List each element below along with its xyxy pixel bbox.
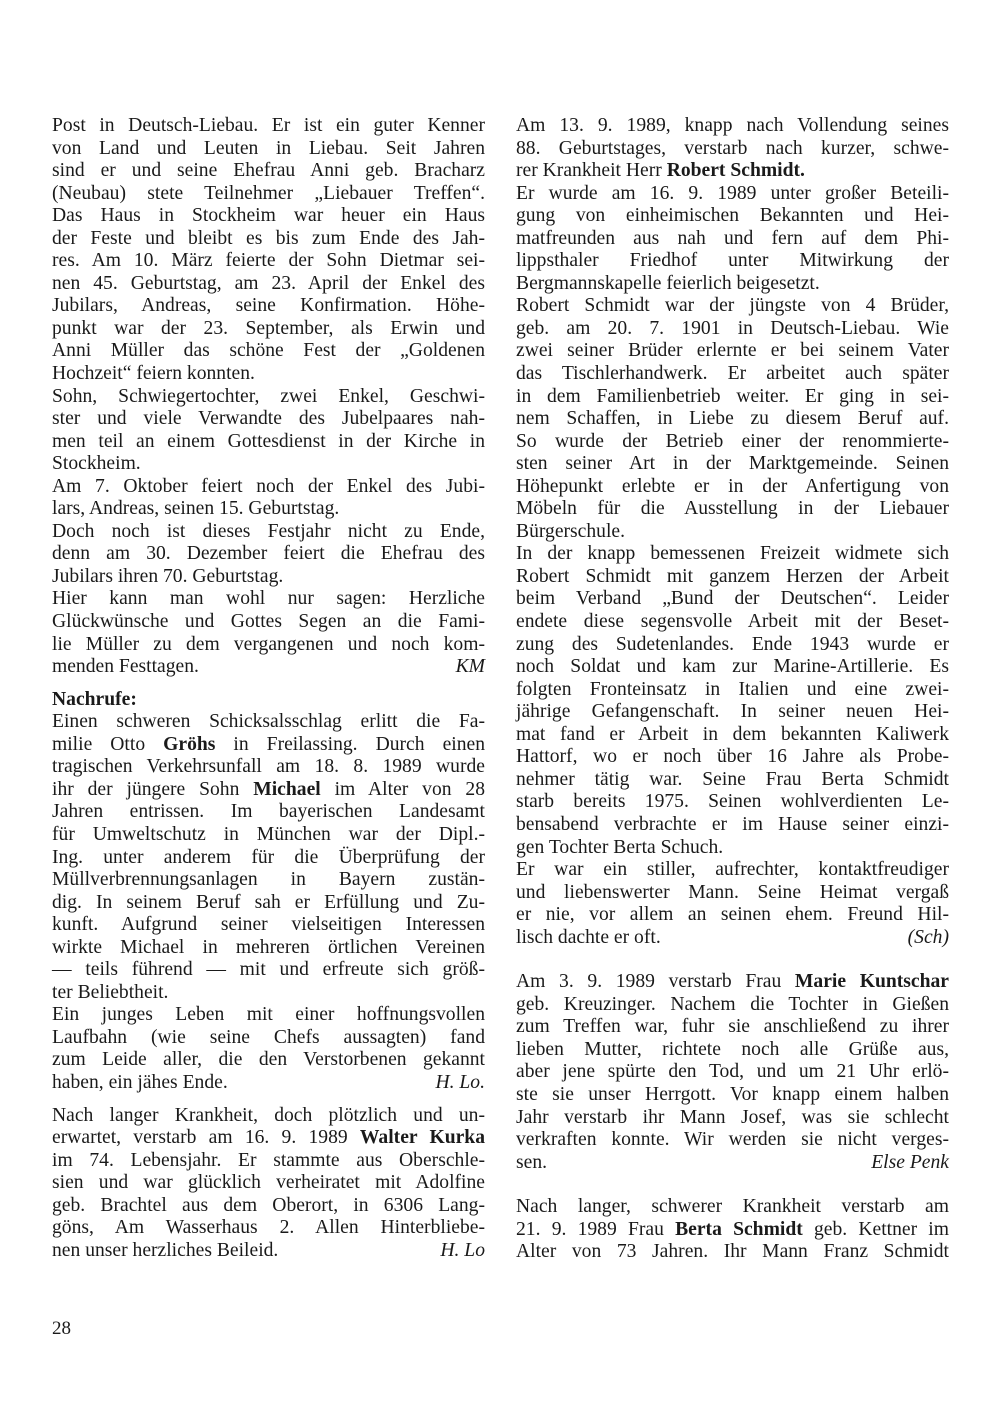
text-line: im 74. Lebensjahr. Er stammte aus Obersc… bbox=[52, 1150, 485, 1173]
robert-schmidt-obituary: Am 13. 9. 1989, knapp nach Vollendung se… bbox=[516, 115, 949, 949]
text-line: aber jene spürte den Tod, und um 21 Uhr … bbox=[516, 1061, 949, 1084]
text-line: Hochzeit“ feiern konnten. bbox=[52, 363, 485, 386]
text-line: res. Am 10. März feierte der Sohn Dietma… bbox=[52, 250, 485, 273]
text-line: (Neubau) stete Teilnehmer „Liebauer Tref… bbox=[52, 183, 485, 206]
signature-line: lisch dachte er oft. (Sch) bbox=[516, 927, 949, 950]
text-line: noch Soldat und kam zur Marine-Artilleri… bbox=[516, 656, 949, 679]
text-line: In der knapp bemessenen Freizeit widmete… bbox=[516, 543, 949, 566]
text-line: punkt war der 23. September, als Erwin u… bbox=[52, 318, 485, 341]
text-line: der Feste und bleibt es bis zum Ende des… bbox=[52, 228, 485, 251]
text-line: Jubilars ihren 70. Geburtstag. bbox=[52, 566, 485, 589]
spacer bbox=[516, 1174, 949, 1196]
text-fragment: geb. Kettner im bbox=[803, 1219, 949, 1240]
text-line: nen 45. Geburtstag, am 23. April der Enk… bbox=[52, 273, 485, 296]
spacer bbox=[516, 949, 949, 971]
deceased-name: Berta Schmidt bbox=[675, 1219, 803, 1240]
text-fragment: 21. 9. 1989 Frau bbox=[516, 1219, 675, 1240]
text-fragment: nen unser herzliches Beileid. bbox=[52, 1240, 278, 1263]
text-line: Höhepunkt erlebte er in der Anfertigung … bbox=[516, 476, 949, 499]
section-heading: Nachrufe: bbox=[52, 689, 485, 712]
text-line: zung des Sudetenlandes. Ende 1943 wurde … bbox=[516, 634, 949, 657]
author-signature: (Sch) bbox=[908, 927, 949, 950]
text-line: göns, Am Wasserhaus 2. Allen Hinterblieb… bbox=[52, 1217, 485, 1240]
deceased-name: Walter Kurka bbox=[360, 1127, 485, 1148]
kurka-obituary: Nach langer Krankheit, doch plötzlich un… bbox=[52, 1105, 485, 1263]
text-line: ster und viele Verwandte des Jubelpaares… bbox=[52, 408, 485, 431]
text-line: Robert Schmidt war der jüngste von 4 Brü… bbox=[516, 295, 949, 318]
deceased-family-name: Gröhs bbox=[163, 734, 215, 755]
text-fragment: rer Krankheit Herr bbox=[516, 160, 667, 181]
text-line: starb bereits 1975. Seinen wohlverdiente… bbox=[516, 791, 949, 814]
text-line: ter Beliebtheit. bbox=[52, 982, 485, 1005]
text-line: tragischen Verkehrsunfall am 18. 8. 1989… bbox=[52, 756, 485, 779]
author-signature: H. Lo bbox=[440, 1240, 485, 1263]
text-fragment: ihr der jüngere Sohn bbox=[52, 779, 253, 800]
text-line: Post in Deutsch-Liebau. Er ist ein guter… bbox=[52, 115, 485, 138]
signature-line: menden Festtagen. KM bbox=[52, 656, 485, 679]
text-line: Jahr verstarb ihr Mann Josef, was sie sc… bbox=[516, 1107, 949, 1130]
text-line: sien und war glücklich verheiratet mit A… bbox=[52, 1172, 485, 1195]
text-line: Laufbahn (wie seine Chefs aussagten) fan… bbox=[52, 1027, 485, 1050]
text-line: Am 7. Oktober feiert noch der Enkel des … bbox=[52, 476, 485, 499]
text-line: 88. Geburtstages, verstarb nach kurzer, … bbox=[516, 138, 949, 161]
text-line: milie Otto Gröhs in Freilassing. Durch e… bbox=[52, 734, 485, 757]
left-column: Post in Deutsch-Liebau. Er ist ein guter… bbox=[52, 115, 485, 1262]
berta-schmidt-obituary: Nach langer, schwerer Krankheit verstarb… bbox=[516, 1196, 949, 1264]
text-line: Hattorf, wo er noch über 16 Jahre als Pr… bbox=[516, 746, 949, 769]
text-line: lars, Andreas, seinen 15. Geburtstag. bbox=[52, 498, 485, 521]
text-line: für Umweltschutz in München war der Dipl… bbox=[52, 824, 485, 847]
text-line: Nach langer, schwerer Krankheit verstarb… bbox=[516, 1196, 949, 1219]
text-line: geb. Kreuzinger. Nachem die Tochter in G… bbox=[516, 994, 949, 1017]
text-line: er nie, vor allem an seinen ehem. Freund… bbox=[516, 904, 949, 927]
text-line: sten seiner Art in der Marktgemeinde. Se… bbox=[516, 453, 949, 476]
text-line: Bürgerschule. bbox=[516, 521, 949, 544]
text-fragment: erwartet, verstarb am 16. 9. 1989 bbox=[52, 1127, 360, 1148]
text-line: Jahren entrissen. Im bayerischen Landesa… bbox=[52, 801, 485, 824]
text-line: men teil an einem Gottesdienst in der Ki… bbox=[52, 431, 485, 454]
text-line: ste sie unser Herrgott. Vor knapp einem … bbox=[516, 1084, 949, 1107]
text-line: Jubilars, Andreas, seine Konfirmation. H… bbox=[52, 295, 485, 318]
text-line: 21. 9. 1989 Frau Berta Schmidt geb. Kett… bbox=[516, 1219, 949, 1242]
text-line: Müllverbrennungsanlagen in Bayern zustän… bbox=[52, 869, 485, 892]
author-signature: Else Penk bbox=[871, 1152, 949, 1175]
text-line: von Land und Leuten in Liebau. Seit Jahr… bbox=[52, 138, 485, 161]
kuntschar-obituary: Am 3. 9. 1989 verstarb Frau Marie Kuntsc… bbox=[516, 971, 949, 1174]
text-line: Alter von 73 Jahren. Ihr Mann Franz Schm… bbox=[516, 1241, 949, 1264]
text-line: zum Treffen war, fuhr sie anschließend z… bbox=[516, 1016, 949, 1039]
text-line: geb. am 20. 7. 1901 in Deutsch-Liebau. W… bbox=[516, 318, 949, 341]
text-line: bensabend verbrachte er im Hause seiner … bbox=[516, 814, 949, 837]
text-line: mat fand er Arbeit in dem bekannten Kali… bbox=[516, 724, 949, 747]
text-line: kunft. Aufgrund seiner vielseitigen Inte… bbox=[52, 914, 485, 937]
text-fragment: im Alter von 28 bbox=[321, 779, 485, 800]
text-line: So wurde der Betrieb einer der renommier… bbox=[516, 431, 949, 454]
text-line: matfreunden aus nah und fern auf dem Phi… bbox=[516, 228, 949, 251]
text-line: zwei seiner Brüder erlernte er bei seine… bbox=[516, 340, 949, 363]
text-line: Am 3. 9. 1989 verstarb Frau Marie Kuntsc… bbox=[516, 971, 949, 994]
text-line: rer Krankheit Herr Robert Schmidt. bbox=[516, 160, 949, 183]
text-fragment: milie Otto bbox=[52, 734, 163, 755]
text-line: ihr der jüngere Sohn Michael im Alter vo… bbox=[52, 779, 485, 802]
text-line: verkraften konnte. Wir werden sie nicht … bbox=[516, 1129, 949, 1152]
text-line: beim Verband „Bund der Deutschen“. Leide… bbox=[516, 588, 949, 611]
text-line: Robert Schmidt mit ganzem Herzen der Arb… bbox=[516, 566, 949, 589]
text-fragment: haben, ein jähes Ende. bbox=[52, 1072, 228, 1095]
text-line: das Tischlerhandwerk. Er arbeitet auch s… bbox=[516, 363, 949, 386]
text-line: gen Tochter Berta Schuch. bbox=[516, 837, 949, 860]
text-line: endete diese segensvolle Arbeit mit der … bbox=[516, 611, 949, 634]
text-line: nehmer tätig war. Seine Frau Berta Schmi… bbox=[516, 769, 949, 792]
spacer bbox=[52, 1095, 485, 1105]
text-line: nem Schaffen, in Liebe zu diesem Beruf a… bbox=[516, 408, 949, 431]
author-signature: H. Lo. bbox=[435, 1072, 485, 1095]
text-line: lippsthaler Friedhof unter Mitwirkung de… bbox=[516, 250, 949, 273]
text-line: Am 13. 9. 1989, knapp nach Vollendung se… bbox=[516, 115, 949, 138]
text-line: denn am 30. Dezember feiert die Ehefrau … bbox=[52, 543, 485, 566]
text-line: lieben Mutter, richtete noch alle Grüße … bbox=[516, 1039, 949, 1062]
deceased-name: Michael bbox=[253, 779, 320, 800]
text-line: — teils führend — mit und erfreute sich … bbox=[52, 959, 485, 982]
text-fragment: menden Festtagen. bbox=[52, 656, 199, 679]
text-line: und liebenswerter Mann. Seine Heimat ver… bbox=[516, 882, 949, 905]
mueller-article: Post in Deutsch-Liebau. Er ist ein guter… bbox=[52, 115, 485, 679]
deceased-name: Robert Schmidt. bbox=[667, 160, 805, 181]
text-line: in dem Familienbetrieb weiter. Er ging i… bbox=[516, 386, 949, 409]
text-line: gung von einheimischen Bekannten und Hei… bbox=[516, 205, 949, 228]
text-line: Ing. unter anderem für die Überprüfung d… bbox=[52, 847, 485, 870]
text-line: Einen schweren Schicksalsschlag erlitt d… bbox=[52, 711, 485, 734]
text-fragment: in Freilassing. Durch einen bbox=[215, 734, 485, 755]
groehs-obituary: Einen schweren Schicksalsschlag erlitt d… bbox=[52, 711, 485, 1094]
text-line: Glückwünsche und Gottes Segen an die Fam… bbox=[52, 611, 485, 634]
text-fragment: Am 3. 9. 1989 verstarb Frau bbox=[516, 971, 795, 992]
text-line: Ein junges Leben mit einer hoffnungsvoll… bbox=[52, 1004, 485, 1027]
text-line: folgten Fronteinsatz in Italien und eine… bbox=[516, 679, 949, 702]
text-line: Nach langer Krankheit, doch plötzlich un… bbox=[52, 1105, 485, 1128]
text-line: sind er und seine Ehefrau Anni geb. Brac… bbox=[52, 160, 485, 183]
right-column: Am 13. 9. 1989, knapp nach Vollendung se… bbox=[516, 115, 949, 1264]
text-line: Hier kann man wohl nur sagen: Herzliche bbox=[52, 588, 485, 611]
text-line: Bergmannskapelle feierlich beigesetzt. bbox=[516, 273, 949, 296]
text-line: Das Haus in Stockheim war heuer ein Haus bbox=[52, 205, 485, 228]
text-line: Anni Müller das schöne Fest der „Goldene… bbox=[52, 340, 485, 363]
text-line: Sohn, Schwiegertochter, zwei Enkel, Gesc… bbox=[52, 386, 485, 409]
text-line: Möbeln für die Ausstellung in der Liebau… bbox=[516, 498, 949, 521]
author-signature: KM bbox=[456, 656, 485, 679]
page-number: 28 bbox=[52, 1318, 71, 1340]
text-line: jährige Gefangenschaft. In seiner neuen … bbox=[516, 701, 949, 724]
text-line: Doch noch ist dieses Festjahr nicht zu E… bbox=[52, 521, 485, 544]
text-line: Er war ein stiller, aufrechter, kontaktf… bbox=[516, 859, 949, 882]
text-line: erwartet, verstarb am 16. 9. 1989 Walter… bbox=[52, 1127, 485, 1150]
deceased-name: Marie Kuntschar bbox=[795, 971, 949, 992]
text-line: wirkte Michael in mehreren örtlichen Ver… bbox=[52, 937, 485, 960]
text-line: Stockheim. bbox=[52, 453, 485, 476]
signature-line: sen. Else Penk bbox=[516, 1152, 949, 1175]
text-line: dig. In seinem Beruf sah er Erfüllung un… bbox=[52, 892, 485, 915]
signature-line: haben, ein jähes Ende. H. Lo. bbox=[52, 1072, 485, 1095]
signature-line: nen unser herzliches Beileid. H. Lo bbox=[52, 1240, 485, 1263]
text-fragment: sen. bbox=[516, 1152, 547, 1175]
text-line: lie Müller zu dem vergangenen und noch k… bbox=[52, 634, 485, 657]
text-line: Er wurde am 16. 9. 1989 unter großer Bet… bbox=[516, 183, 949, 206]
text-line: geb. Brachtel aus dem Oberort, in 6306 L… bbox=[52, 1195, 485, 1218]
text-line: zum Leide aller, die den Verstorbenen ge… bbox=[52, 1049, 485, 1072]
text-fragment: lisch dachte er oft. bbox=[516, 927, 661, 950]
